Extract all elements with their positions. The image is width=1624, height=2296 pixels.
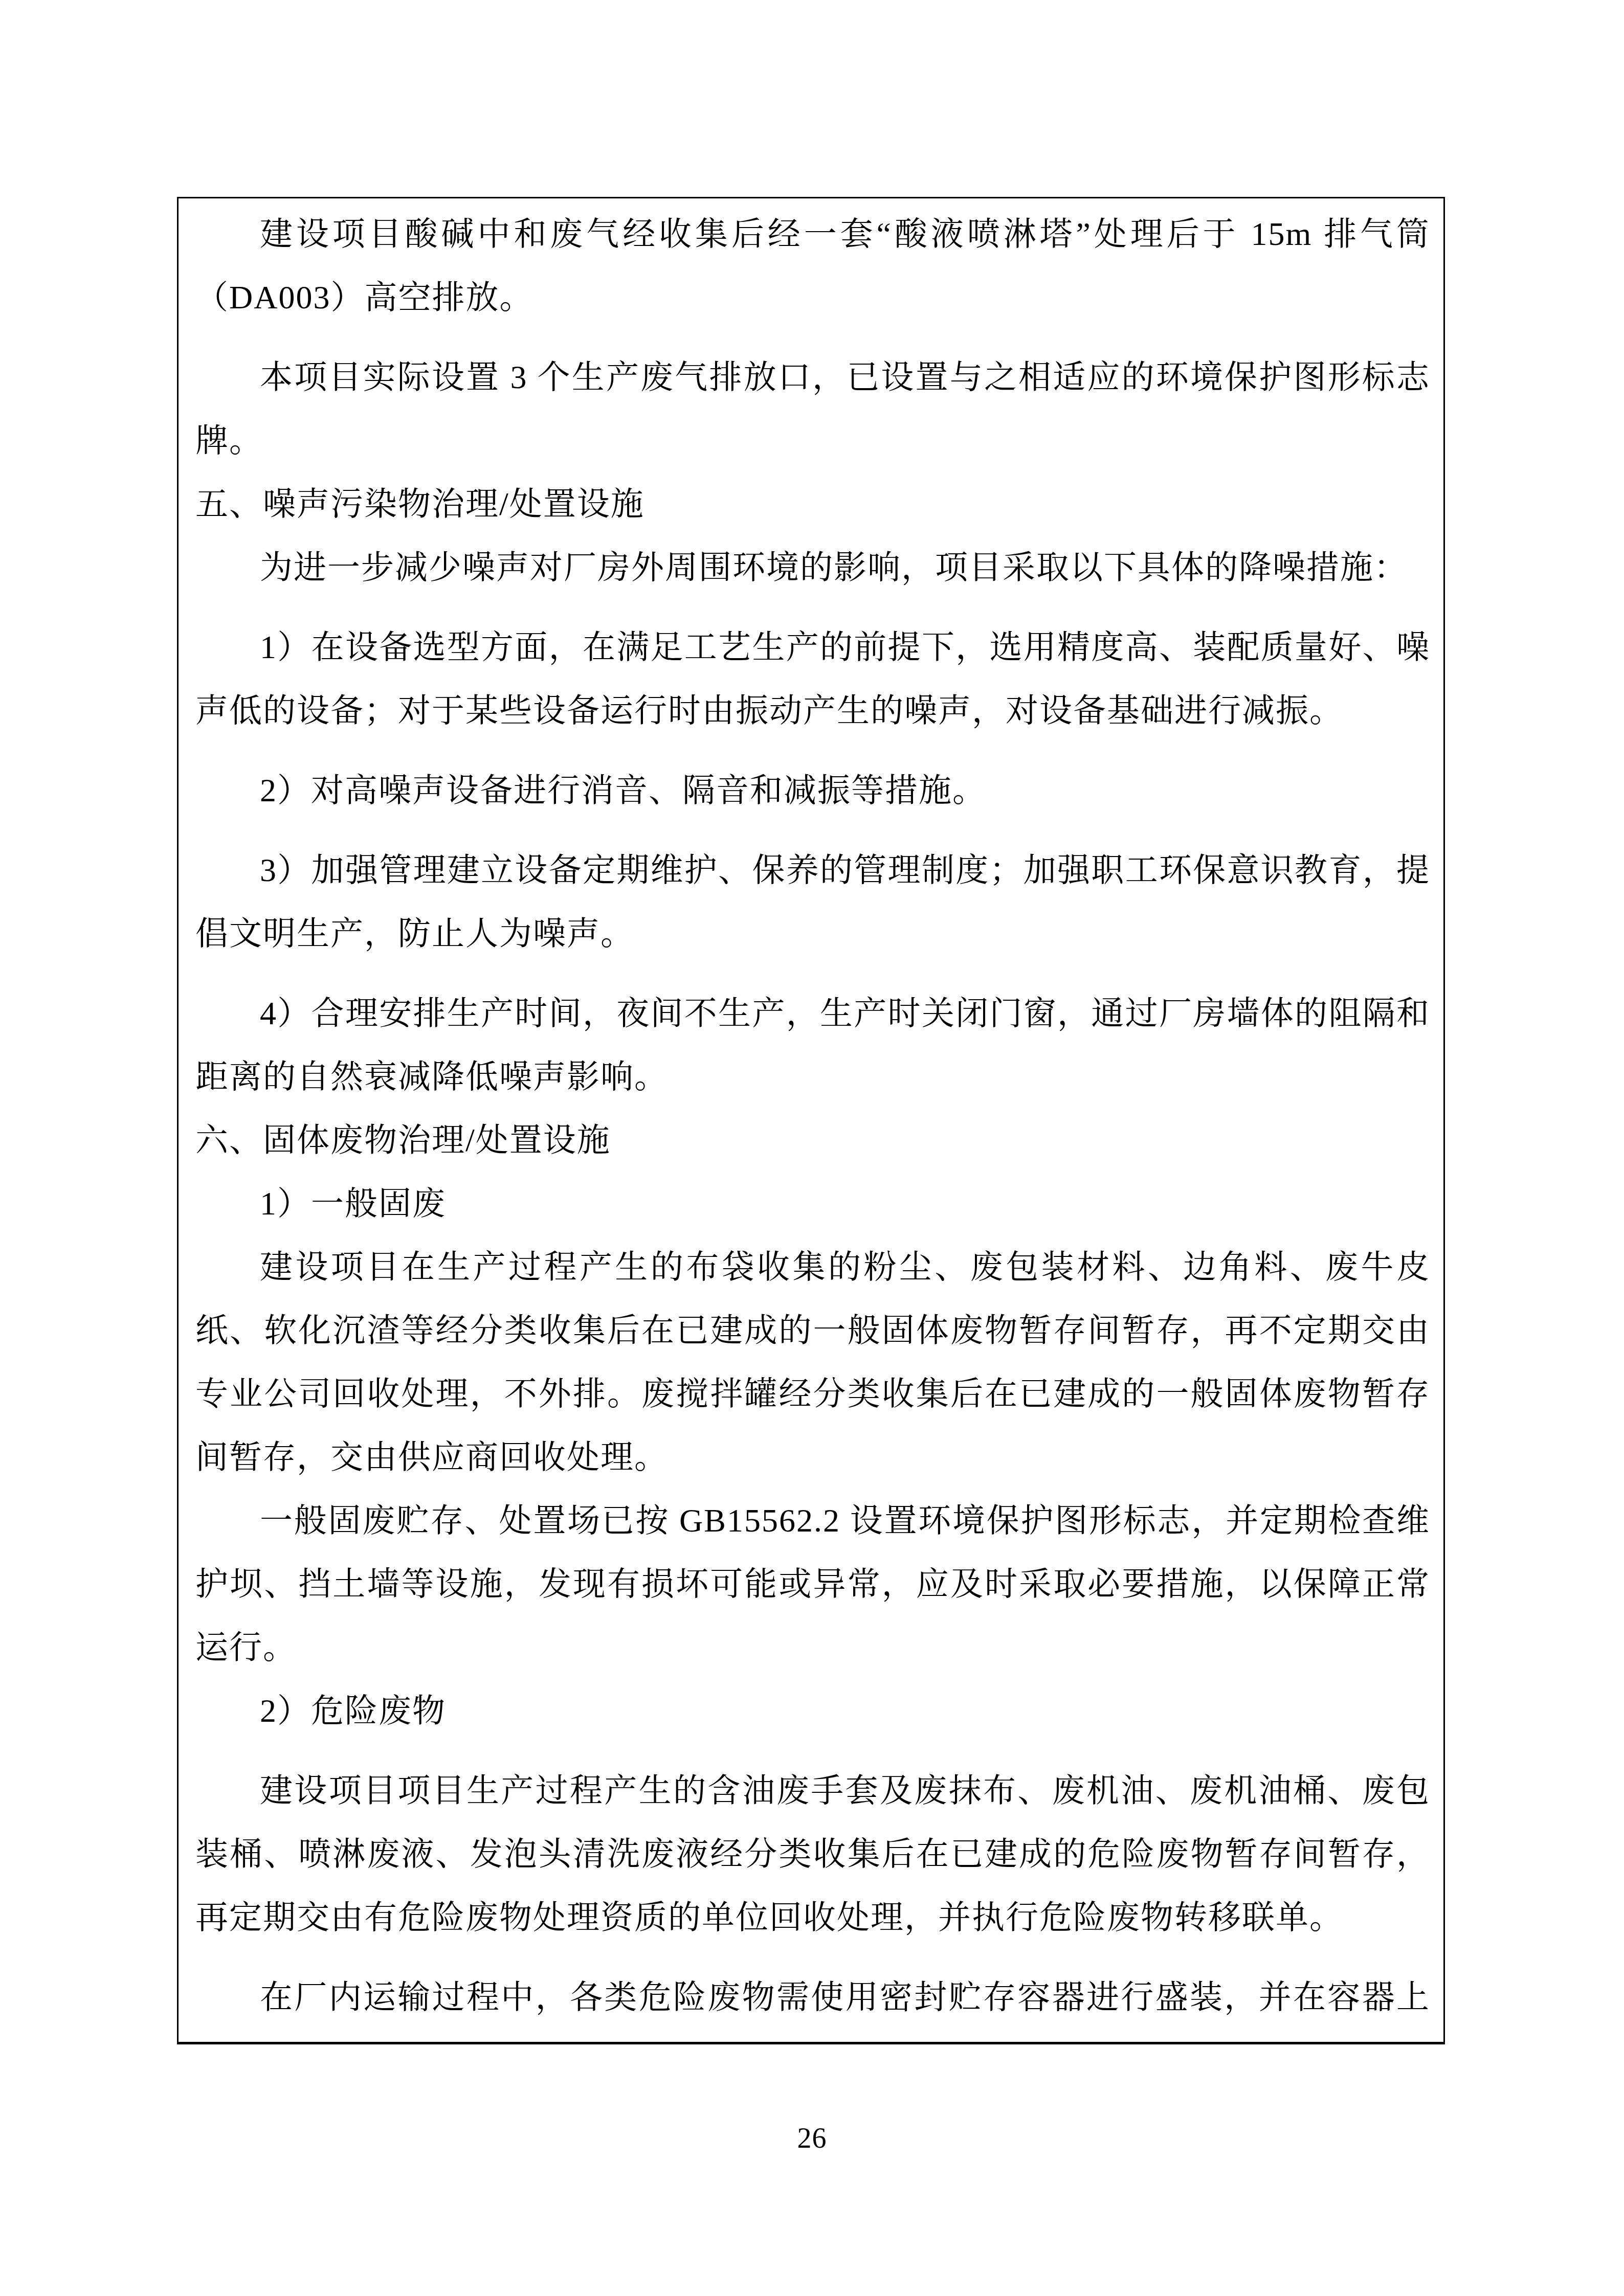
body-paragraph: 为进一步减少噪声对厂房外周围环境的影响，项目采取以下具体的降噪措施： (195, 536, 1430, 599)
body-paragraph: 一般固废贮存、处置场已按 GB15562.2 设置环境保护图形标志，并定期检查维… (195, 1489, 1430, 1679)
report-content-box: 建设项目酸碱中和废气经收集后经一套“酸液喷淋塔”处理后于 15m 排气筒（DA0… (177, 197, 1445, 2044)
body-paragraph: 2）对高噪声设备进行消音、隔音和减振等措施。 (195, 759, 1430, 822)
page-number: 26 (0, 2122, 1624, 2155)
body-paragraph: 2）危险废物 (195, 1679, 1430, 1743)
section-heading: 六、固体废物治理/处置设施 (195, 1109, 1430, 1172)
body-paragraph: 1）在设备选型方面，在满足工艺生产的前提下，选用精度高、装配质量好、噪声低的设备… (195, 616, 1430, 742)
body-paragraph: 建设项目酸碱中和废气经收集后经一套“酸液喷淋塔”处理后于 15m 排气筒（DA0… (195, 202, 1430, 329)
body-paragraph: 建设项目在生产过程产生的布袋收集的粉尘、废包装材料、边角料、废牛皮纸、软化沉渣等… (195, 1235, 1430, 1489)
section-heading: 五、噪声污染物治理/处置设施 (195, 472, 1430, 536)
document-page: 建设项目酸碱中和废气经收集后经一套“酸液喷淋塔”处理后于 15m 排气筒（DA0… (0, 0, 1624, 2296)
body-paragraph: 在厂内运输过程中，各类危险废物需使用密封贮存容器进行盛装，并在容器上粘贴相应的标… (195, 1966, 1430, 2044)
body-paragraph: 本项目实际设置 3 个生产废气排放口，已设置与之相适应的环境保护图形标志牌。 (195, 346, 1430, 472)
body-paragraph: 4）合理安排生产时间，夜间不生产，生产时关闭门窗，通过厂房墙体的阻隔和距离的自然… (195, 982, 1430, 1109)
body-paragraph: 1）一般固废 (195, 1172, 1430, 1235)
body-paragraph: 3）加强管理建立设备定期维护、保养的管理制度；加强职工环保意识教育，提倡文明生产… (195, 839, 1430, 965)
body-paragraph: 建设项目项目生产过程产生的含油废手套及废抹布、废机油、废机油桶、废包装桶、喷淋废… (195, 1759, 1430, 1949)
